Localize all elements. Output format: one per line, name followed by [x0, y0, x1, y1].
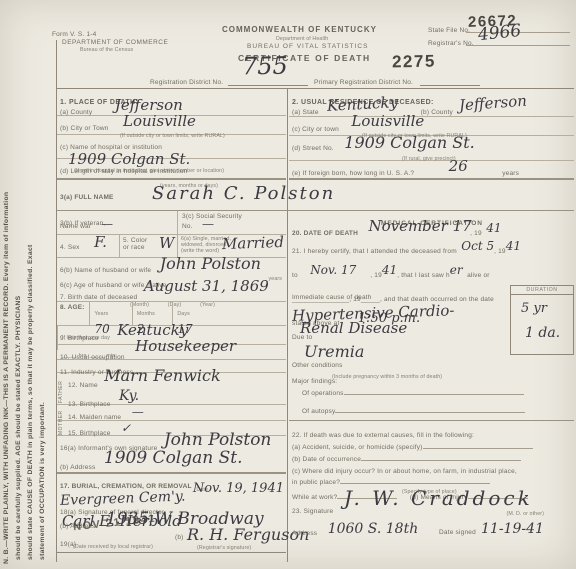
residence-state-value: Kentucky [327, 96, 399, 113]
veteran-name-label: Name war [60, 223, 91, 230]
due-duration-value: 1 da. [525, 327, 573, 340]
bureau-census: Bureau of the Census [80, 47, 133, 53]
operations-label: Of operations [302, 390, 344, 397]
physician-addr-value: 1060 S. 18th [328, 521, 419, 537]
ssn-value: — [202, 219, 214, 230]
date-signed-value: 11-19-41 [481, 523, 544, 536]
husband-value: John Polston [160, 254, 261, 273]
due-to-label: Due to [292, 334, 312, 341]
md-note: (M. D. or other) [506, 511, 544, 517]
occupation-value: Housekeeper [135, 337, 236, 355]
certify-to-value: Nov. 17 [310, 263, 356, 277]
father-birthplace-value: Ky. [119, 388, 139, 404]
age-days-label: Days [177, 311, 189, 317]
fullname-row: 3(a) FULL NAME Sarah C. Polston [57, 186, 574, 211]
autopsy-label: Of autopsy [302, 408, 335, 415]
certify-to-year-prefix: , 19 [370, 272, 382, 279]
residence-state-label: (a) State [292, 109, 319, 116]
sex-value: F. [94, 233, 107, 251]
place-city-value: Louisville [123, 112, 196, 130]
medical-section: MEDICAL CERTIFICATION 20. DATE OF DEATH … [289, 211, 574, 541]
marital-value: Married [222, 236, 284, 252]
registrar-sig-note: (Registrar's signature) [197, 545, 251, 551]
registration-district-line [228, 85, 308, 86]
veteran-ssn-divider [177, 211, 178, 235]
registrar-no-line [466, 45, 570, 46]
immediate-cause-label: Immediate cause of death [292, 294, 372, 301]
major-findings-label: Major findings: [292, 378, 572, 385]
margin-note-line2: should be carefully supplied. AGE should… [15, 60, 22, 560]
certify-to-label: to [292, 272, 298, 279]
registrar-no-value: 4966 [477, 24, 522, 44]
informant-addr-value: 1909 Colgan St. [104, 448, 243, 468]
personal-section: 3(b) If veteran, Name war — 3(c) Social … [57, 211, 286, 553]
color-value: W [159, 237, 174, 251]
certify-text-1: 21. I hereby certify, that I attended th… [292, 248, 457, 255]
fullname-label: 3(a) FULL NAME [60, 194, 114, 201]
physician-sig-label: 23. Signature [292, 508, 333, 515]
maiden-name-label: 14. Maiden name [68, 414, 121, 421]
fullname-value: Sarah C. Polston [152, 186, 335, 202]
certify-text-2: , that I last saw h [397, 272, 450, 279]
age-label: 8. AGE: [57, 302, 85, 311]
residence-foreign-label: (e) If foreign born, how long in U. S. A… [292, 170, 414, 177]
registrar-no-label: Registrar's No. [428, 40, 474, 47]
ssn-no-label: No. [182, 223, 193, 230]
maiden-name-value: — [132, 405, 144, 419]
age-years-label: Years [94, 311, 108, 317]
received-note: (Date received by local registrar) [73, 544, 153, 550]
residence-city-value: Louisville [351, 112, 424, 130]
informant-sig-value: John Polston [164, 430, 272, 450]
place-county-label: (a) County [60, 109, 92, 116]
primary-district-line [420, 85, 480, 86]
certify-from-year: 41 [506, 239, 521, 253]
father-name-value: Marn Fenwick [104, 366, 220, 385]
residence-street-label: (d) Street No. [292, 145, 334, 152]
registration-district-label: Registration District No. [150, 79, 223, 86]
husband-age-suffix: years [269, 276, 282, 282]
commonwealth-title: COMMONWEALTH OF KENTUCKY [222, 25, 377, 34]
residence-county-value: Jefferson [459, 95, 528, 113]
informant-addr-label: (b) Address [60, 464, 95, 471]
usual-residence-section: 2. USUAL RESIDENCE OF DECEASED: (a) Stat… [289, 90, 574, 180]
death-certificate-scan: N. B.—WRITE PLAINLY, WITH UNFADING INK—T… [0, 0, 576, 569]
certify-from-year-prefix: , 19 [494, 248, 506, 255]
certify-to-year: 41 [382, 263, 397, 277]
residence-street-value: 1909 Colgan St. [344, 133, 474, 152]
dept-commerce: DEPARTMENT OF COMMERCE [62, 39, 168, 46]
sex-label: 4. Sex [60, 244, 80, 251]
state-file-label: State File No. [428, 27, 470, 34]
date-signed-label: Date signed [439, 529, 476, 536]
age-months-label: Months [137, 311, 155, 317]
birthdate-value: August 31, 1869 [144, 277, 269, 295]
residence-foreign-value: 26 [449, 157, 468, 175]
place-city-label: (b) City or Town [60, 125, 109, 132]
margin-note-line4: statement of OCCUPATION is very importan… [39, 380, 46, 560]
veteran-value: — [101, 219, 113, 230]
birthdate-label: 7. Birth date of deceased [60, 294, 137, 301]
color-label: 5. Color or race [123, 237, 153, 252]
primary-district-label: Primary Registration District No. [314, 79, 413, 86]
dod-value: November 17 [368, 217, 471, 235]
sex-color-divider [119, 235, 120, 258]
form-top-border [56, 88, 574, 89]
residence-county-label: (b) County [421, 109, 453, 116]
certify-from-value: Oct 5 [461, 239, 494, 253]
physician-addr-label: Address [292, 530, 317, 537]
duration-label: DURATION [511, 286, 573, 295]
birthplace-label: 9. Birthplace [60, 335, 99, 342]
father-name-label: 12. Name [68, 382, 98, 389]
physician-sig-value: J. W. Craddock [344, 489, 533, 507]
margin-note-line3: should state CAUSE OF DEATH in plain ter… [27, 30, 34, 560]
dept-health: Department of Health [276, 36, 328, 42]
bureau-vital-statistics: BUREAU OF VITAL STATISTICS [247, 43, 368, 50]
row19b-label: (b) [175, 534, 184, 541]
cause-duration-value: 5 yr [521, 303, 573, 315]
burial-date-value: Nov. 19, 1941 [193, 483, 284, 495]
certify-text-3: alive or [467, 272, 490, 279]
other-conditions-label: Other conditions [292, 362, 343, 369]
place-stay-label: (d) Length of stay in hospital or instit… [60, 168, 188, 175]
place-of-death-section: 1. PLACE OF DEATH: (a) County Jefferson … [57, 90, 286, 180]
stamp-2275: 2275 [392, 52, 436, 73]
form-number: Form V. S. 1-4 [52, 31, 96, 38]
certify-her: er [450, 263, 463, 277]
dod-year: 41 [486, 221, 501, 235]
mother-birthplace-value: ✓ [121, 421, 131, 435]
residence-years-suffix: years [502, 170, 519, 177]
district-no-handwritten: 755 [242, 56, 288, 78]
margin-note-line1: N. B.—WRITE PLAINLY, WITH UNFADING INK—T… [3, 8, 10, 564]
residence-city-label: (c) City or town [292, 126, 339, 133]
duration-box: DURATION 5 yr 1 da. [510, 285, 574, 355]
